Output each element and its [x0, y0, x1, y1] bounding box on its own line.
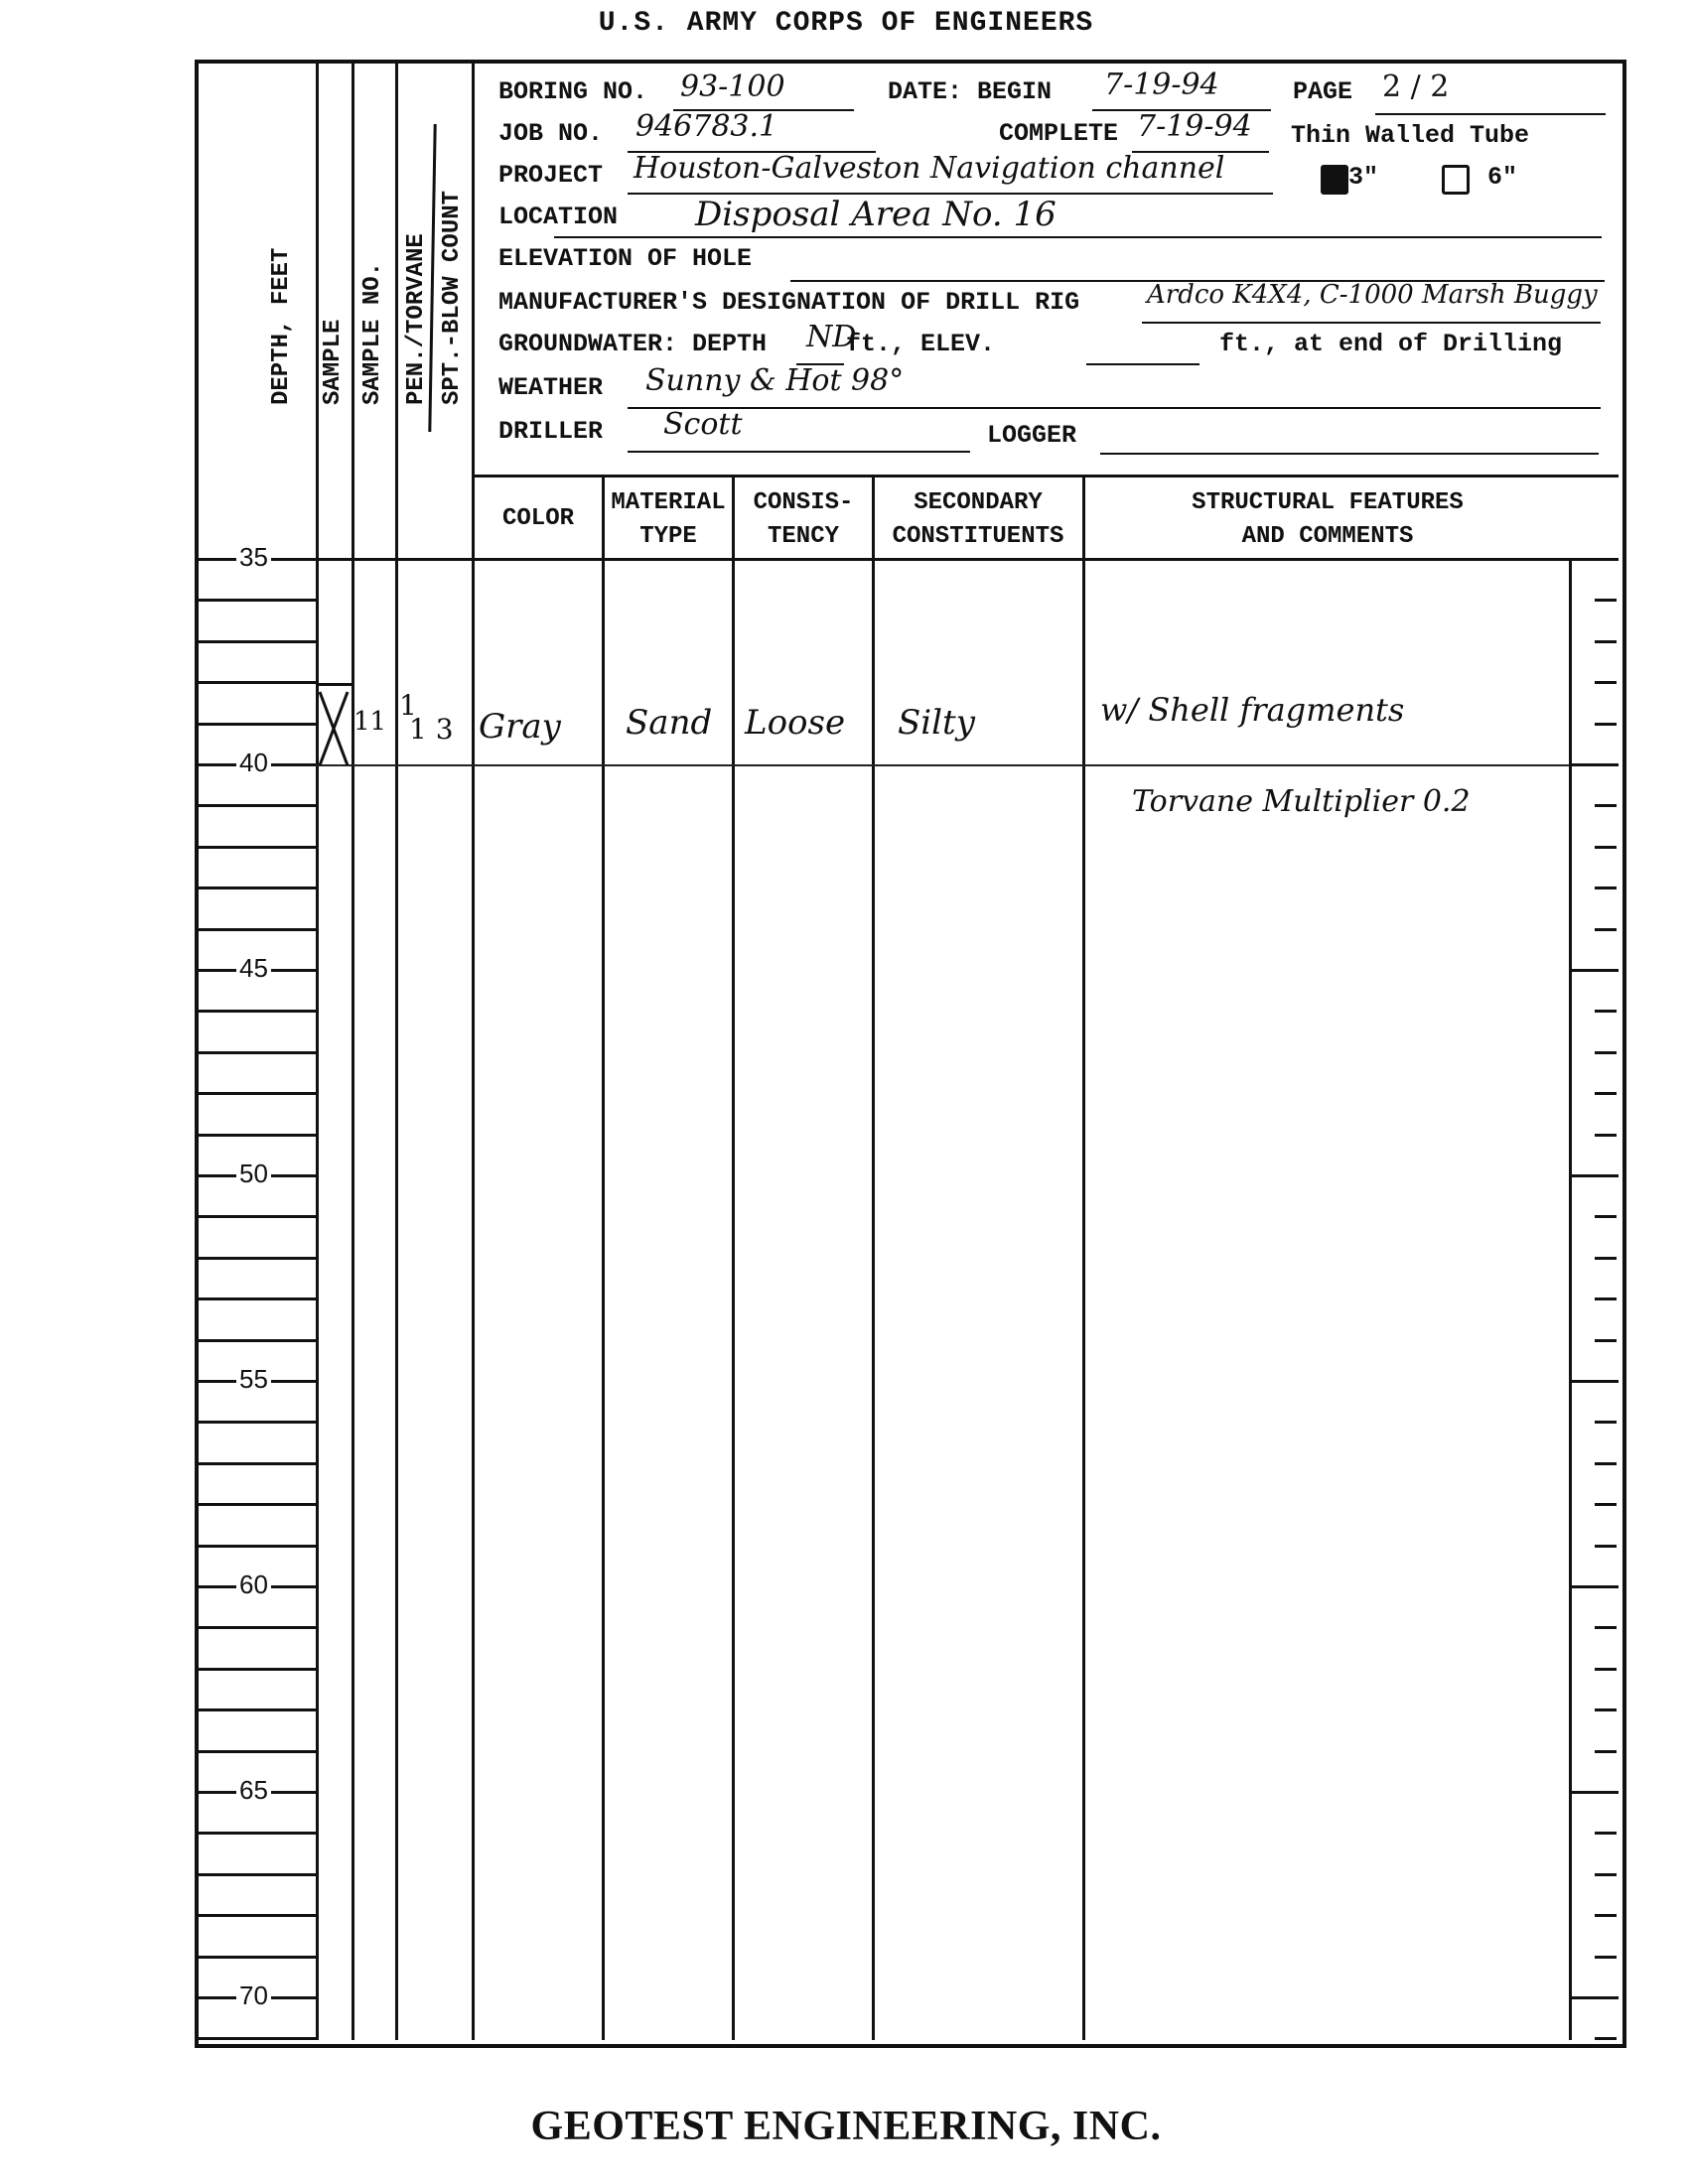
divider — [1569, 558, 1572, 2040]
depth-label: 35 — [236, 542, 271, 573]
divider — [352, 62, 354, 2040]
col-sample-no-header: SAMPLE NO. — [359, 262, 386, 405]
agency-title: U.S. ARMY CORPS OF ENGINEERS — [0, 8, 1692, 39]
groundwater-ft-label: ft., ELEV. — [846, 330, 995, 358]
depth-label: 50 — [236, 1159, 271, 1189]
col-consistency-header-2: TENCY — [768, 523, 839, 550]
location-label: LOCATION — [498, 203, 618, 231]
depth-minor-tick — [197, 1257, 316, 1260]
driller-value[interactable]: Scott — [663, 407, 743, 442]
depth-label: 65 — [236, 1775, 271, 1806]
depth-minor-tick — [197, 1668, 316, 1671]
sample-x-icon — [316, 686, 352, 767]
depth-minor-tick — [197, 1832, 316, 1835]
project-value[interactable]: Houston-Galveston Navigation channel — [634, 151, 1224, 186]
right-minor-tick — [1595, 1215, 1617, 1218]
consistency-value: Loose — [745, 703, 845, 743]
page-value[interactable]: 2 / 2 — [1382, 69, 1449, 104]
date-begin-value[interactable]: 7-19-94 — [1104, 68, 1219, 102]
depth-minor-tick — [197, 1956, 316, 1959]
divider — [1082, 475, 1085, 2040]
depth-minor-tick — [197, 1914, 316, 1917]
driller-label: DRILLER — [498, 417, 603, 446]
job-no-label: JOB NO. — [498, 119, 603, 148]
tube-label: Thin Walled Tube — [1291, 121, 1529, 150]
depth-label: 40 — [236, 748, 271, 778]
depth-minor-tick — [197, 599, 316, 602]
depth-minor-tick — [197, 1421, 316, 1424]
drill-rig-value[interactable]: Ardco K4X4, C-1000 Marsh Buggy — [1147, 280, 1598, 310]
depth-minor-tick — [197, 1134, 316, 1137]
depth-minor-tick — [197, 1092, 316, 1095]
depth-minor-tick — [197, 1051, 316, 1054]
right-minor-tick — [1595, 1051, 1617, 1054]
date-complete-label: COMPLETE — [999, 119, 1118, 148]
sample-interval-box — [316, 683, 352, 767]
depth-minor-tick — [197, 1339, 316, 1342]
material-type-value: Sand — [626, 703, 712, 743]
depth-label: 70 — [236, 1980, 271, 2011]
tube-6in-label: 6" — [1487, 163, 1517, 192]
right-minor-tick — [1595, 1873, 1617, 1876]
underline — [628, 407, 1601, 409]
right-major-tick — [1569, 558, 1619, 561]
depth-minor-tick — [197, 1626, 316, 1629]
col-secondary-header-2: CONSTITUENTS — [893, 523, 1064, 550]
right-major-tick — [1569, 1585, 1619, 1588]
weather-label: WEATHER — [498, 373, 603, 402]
underline — [1375, 113, 1606, 115]
row-divider — [316, 764, 1569, 766]
right-minor-tick — [1595, 1545, 1617, 1548]
divider — [472, 475, 1619, 478]
right-minor-tick — [1595, 1750, 1617, 1753]
groundwater-suffix: ft., at end of Drilling — [1219, 330, 1562, 358]
right-minor-tick — [1595, 1503, 1617, 1506]
right-minor-tick — [1595, 1092, 1617, 1095]
underline — [1086, 363, 1199, 365]
right-minor-tick — [1595, 1010, 1617, 1013]
project-label: PROJECT — [498, 161, 603, 190]
col-structural-header-2: AND COMMENTS — [1242, 523, 1414, 550]
depth-minor-tick — [197, 681, 316, 684]
col-spt-blow-header: SPT.-BLOW COUNT — [439, 191, 466, 405]
depth-label: 45 — [236, 953, 271, 984]
weather-value[interactable]: Sunny & Hot 98° — [645, 363, 904, 398]
sample-no-value: 11 — [353, 707, 386, 737]
depth-minor-tick — [197, 723, 316, 726]
depth-minor-tick — [197, 2037, 316, 2040]
right-major-tick — [1569, 1996, 1619, 1999]
right-minor-tick — [1595, 1914, 1617, 1917]
right-major-tick — [1569, 1380, 1619, 1383]
right-minor-tick — [1595, 1339, 1617, 1342]
depth-minor-tick — [197, 1297, 316, 1300]
depth-minor-tick — [197, 1545, 316, 1548]
right-minor-tick — [1595, 1297, 1617, 1300]
divider — [472, 62, 475, 2040]
groundwater-label: GROUNDWATER: DEPTH — [498, 330, 767, 358]
right-minor-tick — [1595, 640, 1617, 643]
underline — [554, 236, 1602, 238]
col-consistency-header-1: CONSIS- — [754, 489, 854, 516]
depth-minor-tick — [197, 1873, 316, 1876]
depth-minor-tick — [197, 1750, 316, 1753]
col-color-header: COLOR — [475, 502, 602, 536]
depth-minor-tick — [197, 1708, 316, 1711]
depth-minor-tick — [197, 1503, 316, 1506]
depth-minor-tick — [197, 1462, 316, 1465]
right-minor-tick — [1595, 1832, 1617, 1835]
job-no-value[interactable]: 946783.1 — [635, 109, 777, 144]
divider — [395, 62, 398, 2040]
depth-label: 60 — [236, 1570, 271, 1600]
col-material-header-2: TYPE — [639, 523, 697, 550]
date-complete-value[interactable]: 7-19-94 — [1137, 109, 1252, 144]
drill-rig-label: MANUFACTURER'S DESIGNATION OF DRILL RIG — [498, 288, 1079, 317]
divider — [872, 475, 875, 2040]
underline — [1100, 453, 1599, 455]
torvane-note: Torvane Multiplier 0.2 — [1132, 784, 1471, 819]
right-minor-tick — [1595, 1956, 1617, 1959]
col-sample-header: SAMPLE — [320, 320, 347, 405]
right-minor-tick — [1595, 723, 1617, 726]
right-minor-tick — [1595, 928, 1617, 931]
divider — [316, 62, 319, 2040]
date-begin-label: DATE: BEGIN — [888, 77, 1052, 106]
tube-3in-checkbox[interactable] — [1321, 165, 1348, 195]
location-value[interactable]: Disposal Area No. 16 — [695, 195, 1057, 234]
boring-no-value[interactable]: 93-100 — [680, 69, 785, 104]
tube-3in-label: 3" — [1348, 163, 1378, 192]
right-minor-tick — [1595, 681, 1617, 684]
col-material-header-1: MATERIAL — [611, 489, 725, 516]
col-secondary-header-1: SECONDARY — [914, 489, 1043, 516]
right-minor-tick — [1595, 1626, 1617, 1629]
divider — [195, 558, 1619, 561]
right-minor-tick — [1595, 887, 1617, 889]
depth-minor-tick — [197, 640, 316, 643]
depth-minor-tick — [197, 804, 316, 807]
right-minor-tick — [1595, 1257, 1617, 1260]
right-minor-tick — [1595, 846, 1617, 849]
elevation-label: ELEVATION OF HOLE — [498, 244, 752, 273]
divider — [602, 475, 605, 2040]
boring-no-label: BORING NO. — [498, 77, 647, 106]
depth-minor-tick — [197, 1215, 316, 1218]
right-major-tick — [1569, 969, 1619, 972]
col-pen-torvane-header: PEN./TORVANE — [403, 233, 430, 405]
tube-6in-checkbox[interactable] — [1442, 165, 1470, 195]
right-minor-tick — [1595, 1708, 1617, 1711]
col-depth-header: DEPTH, FEET — [268, 248, 295, 405]
col-structural-header-1: STRUCTURAL FEATURES — [1192, 489, 1464, 516]
right-minor-tick — [1595, 1134, 1617, 1137]
right-minor-tick — [1595, 1462, 1617, 1465]
secondary-value: Silty — [898, 703, 975, 743]
right-minor-tick — [1595, 1668, 1617, 1671]
company-footer: GEOTEST ENGINEERING, INC. — [0, 2103, 1692, 2150]
color-value: Gray — [479, 707, 561, 747]
depth-minor-tick — [197, 928, 316, 931]
right-major-tick — [1569, 763, 1619, 766]
depth-minor-tick — [197, 1010, 316, 1013]
right-minor-tick — [1595, 804, 1617, 807]
right-minor-tick — [1595, 599, 1617, 602]
spt-blow-value: 1 3 — [409, 713, 454, 746]
underline — [628, 451, 970, 453]
divider — [732, 475, 735, 2040]
depth-minor-tick — [197, 887, 316, 889]
logger-label: LOGGER — [987, 421, 1076, 450]
right-minor-tick — [1595, 1421, 1617, 1424]
right-major-tick — [1569, 1791, 1619, 1794]
depth-label: 55 — [236, 1364, 271, 1395]
right-minor-tick — [1595, 2037, 1617, 2040]
right-major-tick — [1569, 1174, 1619, 1177]
depth-minor-tick — [197, 846, 316, 849]
underline — [1142, 322, 1601, 324]
page-label: PAGE — [1293, 77, 1352, 106]
comments-value: w/ Shell fragments — [1100, 691, 1404, 729]
